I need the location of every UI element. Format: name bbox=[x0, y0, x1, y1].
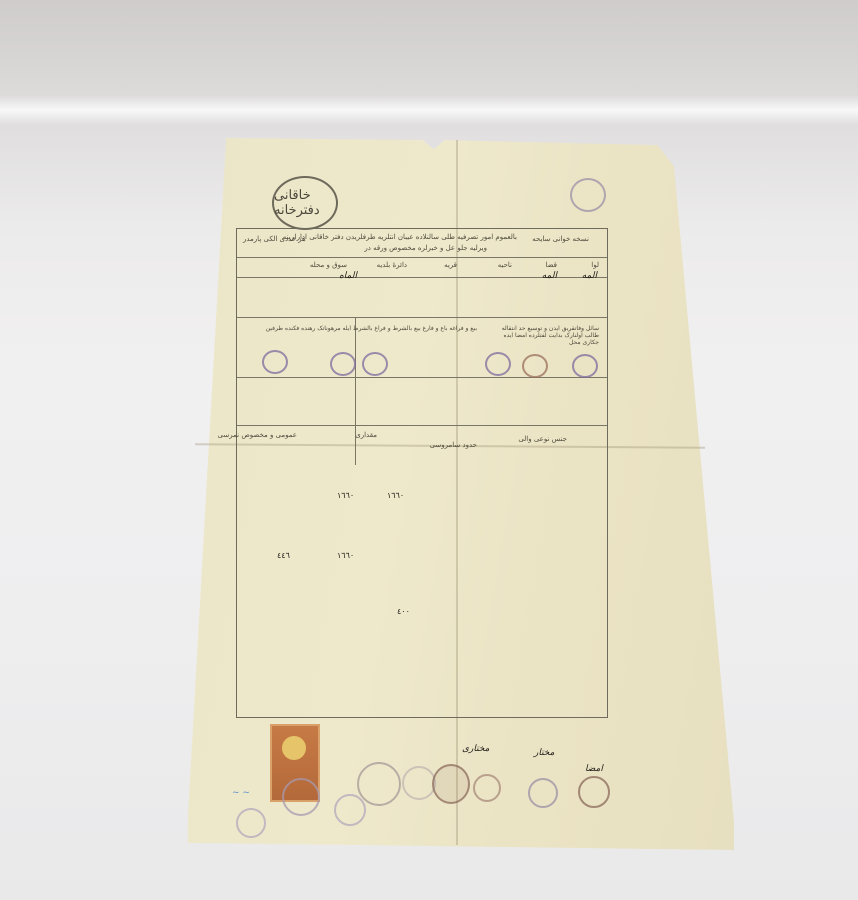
tughra-seal-icon: خاقانی دفترخانه bbox=[272, 176, 338, 230]
entry-note: ٤٤٦ bbox=[277, 551, 290, 560]
location-value: الماه bbox=[339, 271, 357, 281]
revenue-stamp-medallion bbox=[282, 736, 306, 760]
col-header: مقداری bbox=[355, 431, 377, 439]
row-divider bbox=[237, 377, 607, 378]
tughra-seal-text: خاقانی دفترخانه bbox=[274, 188, 336, 218]
location-label: لوا bbox=[591, 261, 599, 269]
row-divider bbox=[237, 257, 607, 258]
brown-seal-icon bbox=[522, 354, 548, 378]
header-center-line1: بالعموم امور تصرفیه طلی سالنلاده عیبان ا… bbox=[283, 233, 517, 241]
seal-impression-icon bbox=[357, 762, 401, 806]
entry-value: ١٦٦٠ bbox=[337, 551, 354, 560]
deed-form-table: نسخه خوانی سایحه بالعموم امور تصرفیه طلی… bbox=[236, 228, 608, 718]
seal-impression-icon bbox=[282, 778, 320, 816]
column-divider bbox=[355, 317, 356, 465]
seal-impression-icon bbox=[402, 766, 436, 800]
col-header: جنس نوعی والی bbox=[518, 435, 567, 443]
row-divider bbox=[237, 425, 607, 426]
seal-impression-icon bbox=[432, 764, 470, 804]
location-label: قضا bbox=[545, 261, 557, 269]
blue-ink-annotation: ~ ~ bbox=[232, 788, 250, 798]
signature-label: مختار bbox=[534, 748, 554, 758]
purple-seal-icon bbox=[330, 352, 356, 376]
location-value: المه bbox=[582, 271, 597, 281]
purple-seal-icon bbox=[262, 350, 288, 374]
header-center-line2: ویرلیه جلو عل و خبرلره مخصوص ورقه در bbox=[364, 244, 487, 252]
signature-label: مختاری bbox=[462, 744, 489, 754]
round-stamp-icon bbox=[570, 178, 606, 212]
entry-value: ٤٠٠ bbox=[397, 607, 410, 616]
col-header: حدود سامروسی bbox=[430, 441, 477, 449]
entry-value: ١٦٦٠ bbox=[337, 491, 354, 500]
location-label: ناحیه bbox=[498, 261, 512, 269]
col-header: عمومی و مخصوص نمرسی bbox=[218, 431, 297, 439]
location-label: دائرهٔ بلدیه bbox=[377, 261, 407, 269]
location-value: المه bbox=[542, 271, 557, 281]
location-label: سوق و محله bbox=[310, 261, 347, 269]
seal-impression-icon bbox=[473, 774, 501, 802]
header-left: هر عددی الکی پارمدر bbox=[243, 235, 306, 243]
location-label: قریه bbox=[444, 261, 457, 269]
purple-seal-icon bbox=[485, 352, 511, 376]
purple-seal-icon bbox=[362, 352, 388, 376]
signature-label: امضا bbox=[585, 764, 603, 774]
seal-impression-icon bbox=[236, 808, 266, 838]
seal-impression-icon bbox=[578, 776, 610, 808]
seal-impression-icon bbox=[334, 794, 366, 826]
entry-value: ١٦٦٠ bbox=[387, 491, 404, 500]
seal-impression-icon bbox=[528, 778, 558, 808]
row-divider bbox=[237, 317, 607, 318]
header-right: نسخه خوانی سایحه bbox=[532, 235, 589, 243]
backdrop-fold-highlight bbox=[0, 95, 858, 125]
purple-seal-icon bbox=[572, 354, 598, 378]
transfer-text-right: سائل وفاتقریق ایدن و توسیع حد انتقاله طا… bbox=[491, 325, 599, 346]
transfer-text-left: بیع و فراغه باع و فارغ بیع بالشرط و فراغ… bbox=[266, 325, 477, 332]
